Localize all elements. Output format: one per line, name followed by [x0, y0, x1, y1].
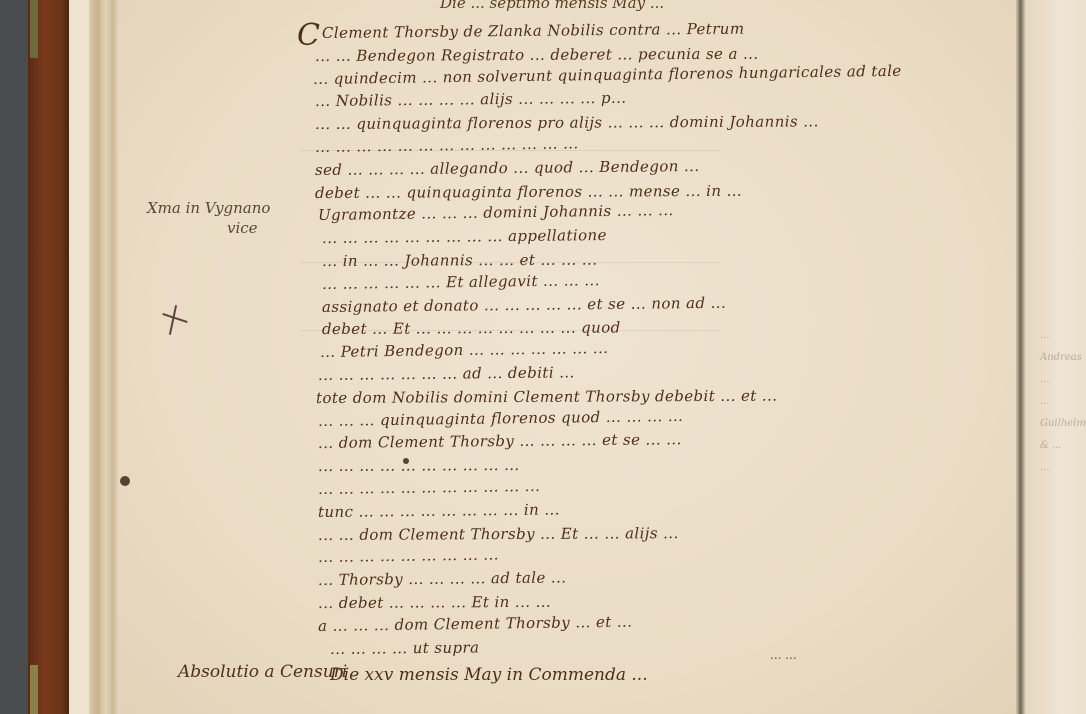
book-cover-edge: [0, 0, 28, 714]
facing-page-text: ...: [1040, 462, 1050, 473]
spine-label-bottom: [30, 665, 38, 714]
manuscript-line: ... Nobilis ... ... ... ... alijs ... ..…: [315, 89, 627, 110]
facing-page-text: Guilhelmus: [1040, 418, 1086, 429]
manuscript-line: ... ... ... ... ... ... ... ad ... debit…: [318, 363, 575, 384]
cross-mark-icon: [160, 305, 188, 335]
facing-page: ...Andreas......Guilhelmus& ......: [1026, 0, 1086, 714]
page-stack-edge: [89, 0, 119, 714]
manuscript-line: ... ... ... ... ... ... ... ... ... ...: [318, 456, 520, 475]
manuscript-line: tote dom Nobilis domini Clement Thorsby …: [316, 386, 777, 406]
spine-label: [30, 0, 38, 58]
manuscript-line: ... ... ... ... ... ... Et allegavit ...…: [322, 271, 600, 293]
margin-note-line-2: vice: [147, 218, 270, 238]
next-entry-heading: Die xxv mensis May in Commenda ...: [330, 665, 648, 685]
signature-mark: ... ...: [770, 648, 797, 662]
manuscript-line: tunc ... ... ... ... ... ... ... ... in …: [318, 500, 560, 521]
facing-page-text: Andreas: [1040, 352, 1082, 363]
ink-blot: [403, 458, 409, 464]
manuscript-line: ... ... ... ... ... ... ... ... ...: [318, 546, 499, 567]
book-gutter: [1016, 0, 1026, 714]
margin-note-line-1: Xma in Vygnano: [147, 198, 270, 218]
manuscript-line: assignato et donato ... ... ... ... ... …: [322, 293, 726, 315]
manuscript-line: ... ... ... ... ut supra: [330, 638, 480, 658]
manuscript-line: sed ... ... ... ... allegando ... quod .…: [315, 157, 700, 179]
leather-spine: [28, 0, 69, 714]
manuscript-line: ... ... Bendegon Registrato ... deberet …: [315, 44, 759, 64]
facing-page-text: & ...: [1040, 440, 1062, 451]
margin-note-bottom: Absolutio a Censuri: [178, 662, 347, 682]
manuscript-line: ... ... ... ... ... ... ... ... ... appe…: [322, 226, 607, 247]
manuscript-line: ... Thorsby ... ... ... ... ad tale ...: [318, 569, 567, 590]
ink-blot: [120, 476, 130, 486]
manuscript-line: ... ... dom Clement Thorsby ... Et ... .…: [318, 524, 679, 544]
manuscript-line: debet ... Et ... ... ... ... ... ... ...…: [322, 319, 621, 339]
manuscript-line: ... ... ... ... ... ... ... ... ... ... …: [315, 134, 579, 156]
flyleaf-strip: [69, 0, 89, 714]
entry-heading: Die ... septimo mensis May ...: [440, 0, 664, 12]
facing-page-text: ...: [1040, 374, 1050, 385]
margin-note-top: Xma in Vygnano vice: [147, 198, 270, 238]
manuscript-line: ... debet ... ... ... ... Et in ... ...: [318, 593, 551, 612]
manuscript-line: ... in ... ... Johannis ... ... et ... .…: [322, 251, 597, 270]
manuscript-line: debet ... ... quinquaginta florenos ... …: [315, 181, 742, 201]
facing-page-text: ...: [1040, 396, 1050, 407]
facing-page-text: ...: [1040, 330, 1050, 341]
manuscript-line: ... ... quinquaginta florenos pro alijs …: [315, 113, 819, 134]
manuscript-line: ... ... ... ... ... ... ... ... ... ... …: [318, 477, 540, 498]
